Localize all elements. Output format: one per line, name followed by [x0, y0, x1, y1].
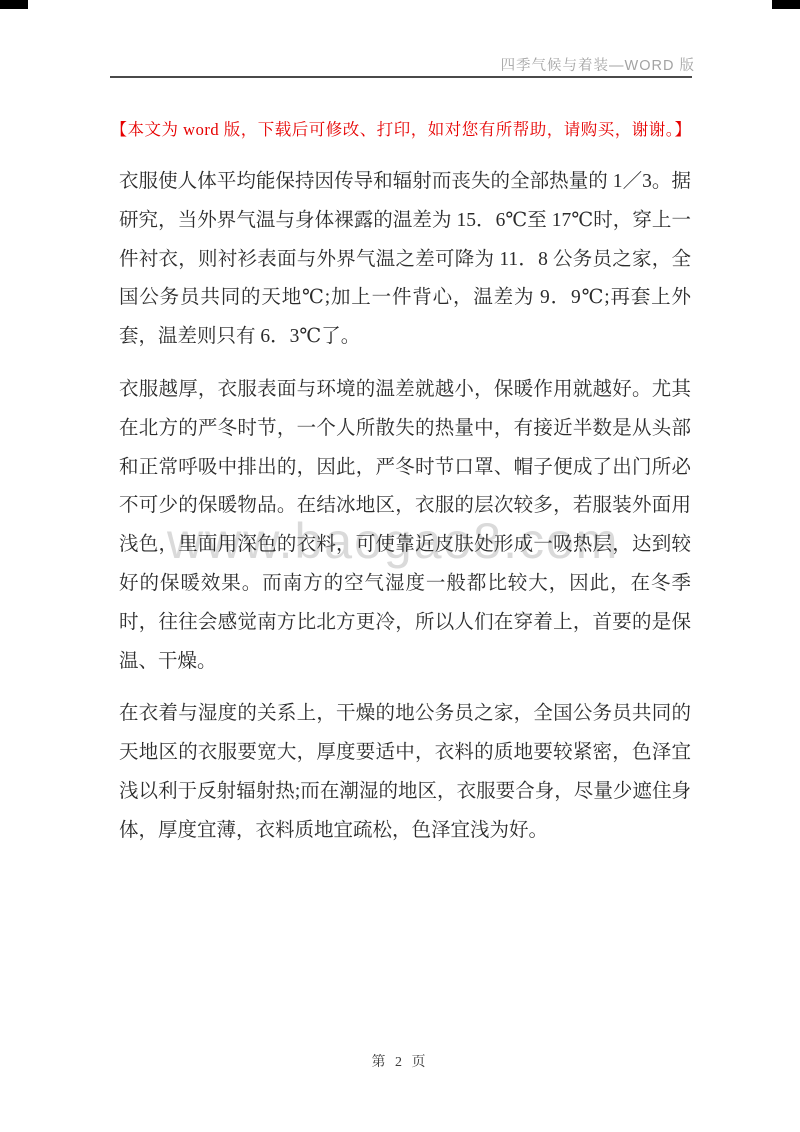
document-body: 衣服使人体平均能保持因传导和辐射而丧失的全部热量的 1／3。据研究，当外界气温与… — [119, 163, 691, 865]
notice-text: 【本文为 word 版，下载后可修改、打印，如对您有所帮助，请购买，谢谢。】 — [110, 116, 692, 140]
body-paragraph: 衣服越厚，衣服表面与环境的温差就越小，保暖作用就越好。尤其在北方的严冬时节，一个… — [119, 371, 691, 681]
page-number: 第 2 页 — [0, 1051, 800, 1071]
header-title: 四季气候与着装—WORD 版 — [501, 54, 695, 75]
corner-mark-left — [0, 0, 28, 9]
body-paragraph: 衣服使人体平均能保持因传导和辐射而丧失的全部热量的 1／3。据研究，当外界气温与… — [119, 163, 691, 357]
document-page: 四季气候与着装—WORD 版 【本文为 word 版，下载后可修改、打印，如对您… — [0, 0, 800, 1132]
body-paragraph: 在衣着与湿度的关系上，干燥的地公务员之家，全国公务员共同的天地区的衣服要宽大，厚… — [119, 695, 691, 850]
header-rule — [110, 76, 692, 78]
corner-mark-right — [772, 0, 800, 9]
